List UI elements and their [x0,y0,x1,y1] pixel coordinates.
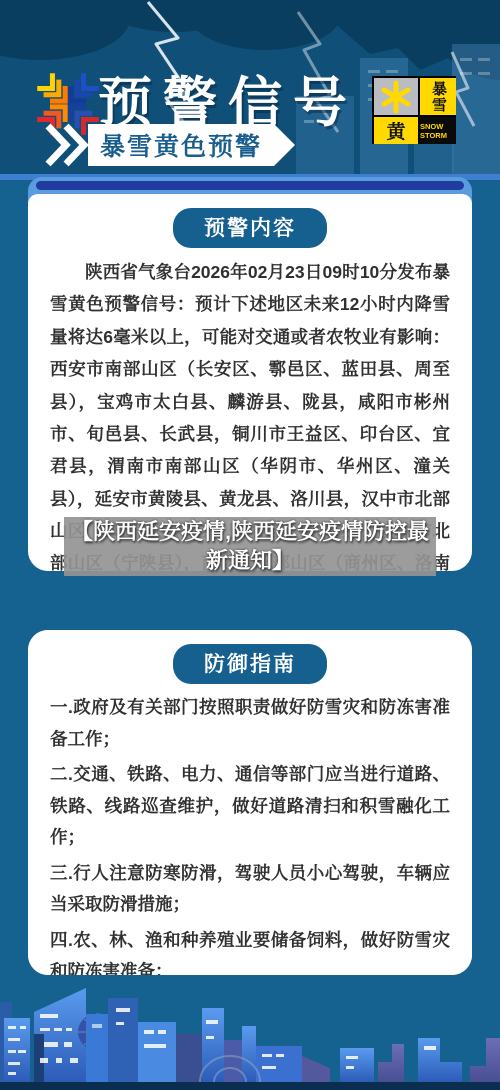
guide-item: 一.政府及有关部门按照职责做好防雪灾和防冻害准备工作； [50,692,450,755]
card-lid-bar [36,181,464,190]
defense-guide-card: 防御指南 一.政府及有关部门按照职责做好防雪灾和防冻害准备工作； 二.交通、铁路… [28,630,472,975]
warning-level-banner: 暴雪黄色预警 [88,124,274,166]
guide-item: 三.行人注意防寒防滑，驾驶人员小心驾驶，车辆应当采取防滑措施； [50,858,450,921]
snowstorm-warning-badge: 暴雪 黄 SNOW STORM [372,76,456,144]
guide-item: 二.交通、铁路、电力、通信等部门应当进行道路、铁路、线路巡查维护，做好道路清扫和… [50,759,450,854]
badge-level-label: 黄 [374,117,418,144]
article-title-text: 【陕西延安疫情,陕西延安疫情防控最新通知】 [64,518,436,575]
badge-type-label: 暴雪 [420,78,456,115]
header: 预警信号 暴雪 黄 SNOW STORM [0,0,500,180]
defense-guide-list: 一.政府及有关部门按照职责做好防雪灾和防冻害准备工作； 二.交通、铁路、电力、通… [50,692,450,975]
badge-en-label: SNOW STORM [420,117,456,144]
snowflake-icon [374,78,418,115]
article-title-overlay: 【陕西延安疫情,陕西延安疫情防控最新通知】 [64,517,436,576]
chevron-right-icon [44,122,90,168]
warning-content-card: 预警内容 陕西省气象台2026年02月23日09时10分发布暴雪黄色预警信号：预… [28,177,472,571]
city-skyline [0,978,500,1082]
defense-guide-pill: 防御指南 [173,644,327,684]
warning-content-pill: 预警内容 [173,208,327,248]
weather-alert-poster: 预警信号 暴雪 黄 SNOW STORM [0,0,500,1090]
bottom-strip [0,1082,500,1090]
warning-level-label: 暴雪黄色预警 [100,127,262,163]
guide-item: 四.农、林、渔和种养殖业要储备饲料，做好防雪灾和防冻害准备； [50,925,450,976]
